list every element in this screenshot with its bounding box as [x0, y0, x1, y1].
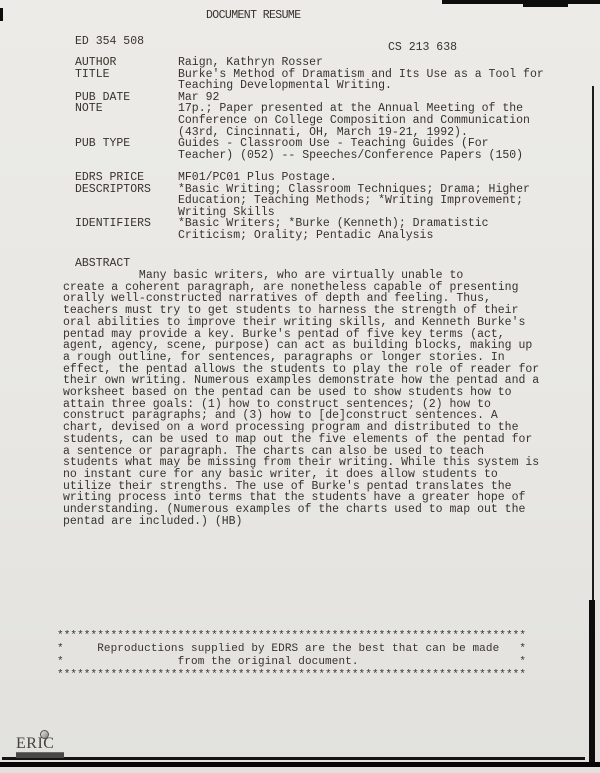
bibliographic-fields-group-2: EDRS PRICE MF01/PC01 Plus Postage. DESCR… — [75, 172, 570, 242]
field-row: DESCRIPTORS *Basic Writing; Classroom Te… — [75, 184, 570, 219]
ed-number: ED 354 508 — [75, 36, 144, 48]
field-value: Guides - Classroom Use - Teaching Guides… — [178, 138, 523, 161]
field-label: DESCRIPTORS — [75, 184, 178, 196]
scan-artifact-bottom-bar-thin — [2, 757, 585, 760]
field-value: Raign, Kathryn Rosser — [178, 57, 323, 69]
scan-artifact-top-right-bar-thick — [523, 0, 568, 7]
scan-artifact-bottom-bar-thick — [0, 762, 600, 767]
eric-logo-text: ERIC — [16, 736, 54, 751]
clearinghouse-number: CS 213 638 — [388, 42, 457, 54]
field-row: EDRS PRICE MF01/PC01 Plus Postage. — [75, 172, 570, 184]
field-label: IDENTIFIERS — [75, 218, 178, 230]
scan-artifact-right-edge-line — [592, 86, 594, 600]
eric-logo: ERIC — [15, 729, 79, 761]
field-value: 17p.; Paper presented at the Annual Meet… — [178, 103, 530, 138]
abstract-text: Many basic writers, who are virtually un… — [63, 270, 539, 527]
field-label: AUTHOR — [75, 57, 178, 69]
field-label: NOTE — [75, 103, 178, 115]
field-row: IDENTIFIERS *Basic Writers; *Burke (Kenn… — [75, 218, 570, 241]
abstract-heading: ABSTRACT — [75, 258, 130, 270]
document-resume-title: DOCUMENT RESUME — [206, 10, 301, 22]
scan-artifact-right-edge-line-thick — [589, 600, 595, 767]
field-row: AUTHOR Raign, Kathryn Rosser — [75, 57, 570, 69]
scan-artifact-left-edge-tick — [0, 8, 3, 21]
field-label: EDRS PRICE — [75, 172, 178, 184]
field-row: NOTE 17p.; Paper presented at the Annual… — [75, 103, 570, 138]
bibliographic-fields-group-1: AUTHOR Raign, Kathryn Rosser TITLE Burke… — [75, 57, 570, 161]
field-label: TITLE — [75, 69, 178, 81]
eric-logo-banner — [16, 752, 64, 758]
field-value: MF01/PC01 Plus Postage. — [178, 172, 337, 184]
field-row: PUB TYPE Guides - Classroom Use - Teachi… — [75, 138, 570, 161]
scanned-document-page: DOCUMENT RESUME ED 354 508 CS 213 638 AU… — [0, 0, 600, 773]
field-row: TITLE Burke's Method of Dramatism and It… — [75, 69, 570, 92]
field-value: *Basic Writing; Classroom Techniques; Dr… — [178, 184, 530, 219]
field-value: *Basic Writers; *Burke (Kenneth); Dramat… — [178, 218, 489, 241]
field-value: Burke's Method of Dramatism and Its Use … — [178, 69, 544, 92]
edrs-reproduction-notice: ****************************************… — [57, 630, 526, 682]
field-label: PUB TYPE — [75, 138, 178, 150]
scan-artifact-top-right-bar — [442, 0, 600, 4]
